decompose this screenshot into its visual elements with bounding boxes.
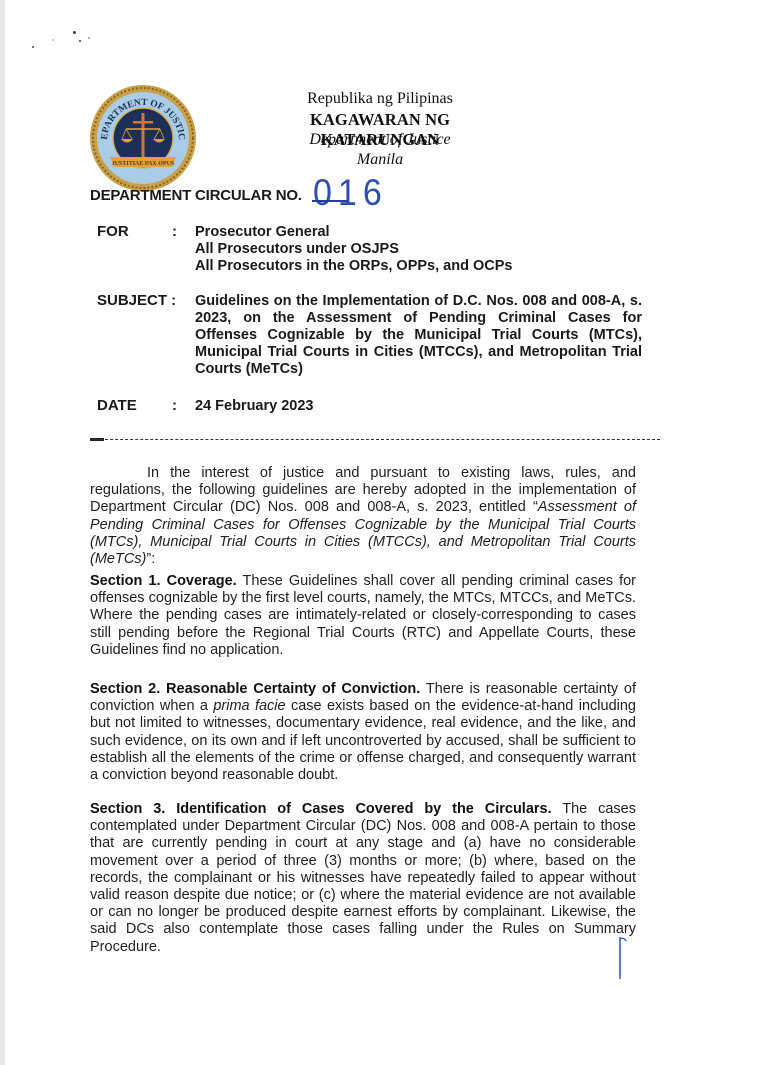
section-2-italic: prima facie <box>213 698 285 714</box>
pen-mark-icon <box>616 935 630 983</box>
intro-end: ”: <box>146 551 155 567</box>
for-label: FOR <box>97 223 129 240</box>
date-colon: : <box>172 397 177 414</box>
subject-text: Guidelines on the Implementation of D.C.… <box>195 293 642 378</box>
subject-label: SUBJECT : <box>97 292 176 309</box>
recipient: Prosecutor General <box>195 224 512 241</box>
handwritten-initial-mark <box>616 935 630 983</box>
letterhead-department-english: Department of Justice <box>250 131 510 149</box>
section-3: Section 3. Identification of Cases Cover… <box>90 801 636 956</box>
letterhead-city: Manila <box>250 151 510 169</box>
handwritten-strike-mark <box>312 200 348 202</box>
letterhead-republic: Republika ng Pilipinas <box>250 90 510 108</box>
scan-specks <box>30 28 100 53</box>
section-1-heading: Section 1. Coverage. <box>90 573 237 589</box>
section-3-heading: Section 3. Identification of Cases Cover… <box>90 801 552 817</box>
circular-label: DEPARTMENT CIRCULAR NO. <box>90 187 302 204</box>
date-value: 24 February 2023 <box>195 398 314 415</box>
section-2-heading: Section 2. Reasonable Certainty of Convi… <box>90 681 420 697</box>
section-3-text: The cases contemplated under Department … <box>90 801 636 955</box>
for-recipients: Prosecutor General All Prosecutors under… <box>195 224 512 275</box>
section-2: Section 2. Reasonable Certainty of Convi… <box>90 681 636 784</box>
seal-emblem-icon: DEPARTMENT OF JUSTICE JUSTITIAE PAX OPUS <box>88 83 198 193</box>
recipient: All Prosecutors in the ORPs, OPPs, and O… <box>195 258 512 275</box>
date-label: DATE <box>97 397 137 414</box>
recipient: All Prosecutors under OSJPS <box>195 241 512 258</box>
circular-number-handwritten: 016 <box>313 172 388 215</box>
separator-dashed-line <box>90 439 660 440</box>
for-colon: : <box>172 223 177 240</box>
svg-text:JUSTITIAE PAX OPUS: JUSTITIAE PAX OPUS <box>112 161 175 167</box>
department-of-justice-seal: DEPARTMENT OF JUSTICE JUSTITIAE PAX OPUS <box>88 83 198 193</box>
page-edge-shadow <box>0 0 5 1065</box>
intro-paragraph: In the interest of justice and pursuant … <box>90 465 636 568</box>
section-1: Section 1. Coverage. These Guidelines sh… <box>90 573 636 659</box>
